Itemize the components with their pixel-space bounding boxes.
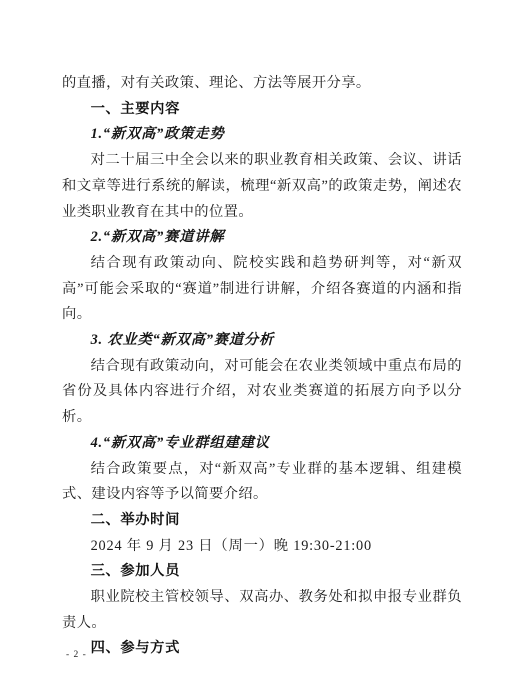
section-heading: 四、参与方式 bbox=[62, 636, 462, 662]
item-heading: 3. 农业类“新双高”赛道分析 bbox=[62, 328, 462, 354]
event-time-text: 2024 年 9 月 23 日（周一）晚 19:30-21:00 bbox=[62, 534, 462, 560]
section-heading: 三、参加人员 bbox=[62, 559, 462, 585]
item-heading: 4.“新双高”专业群组建建议 bbox=[62, 431, 462, 457]
document-page: 的直播，对有关政策、理论、方法等展开分享。一、主要内容1.“新双高”政策走势对二… bbox=[0, 0, 519, 686]
item-heading: 2.“新双高”赛道讲解 bbox=[62, 225, 462, 251]
body-paragraph: 的直播，对有关政策、理论、方法等展开分享。 bbox=[62, 71, 462, 97]
item-heading: 1.“新双高”政策走势 bbox=[62, 122, 462, 148]
section-heading: 二、举办时间 bbox=[62, 508, 462, 534]
body-paragraph: 结合现有政策动向，对可能会在农业类领域中重点布局的省份及具体内容进行介绍，对农业… bbox=[62, 354, 462, 431]
document-body: 的直播，对有关政策、理论、方法等展开分享。一、主要内容1.“新双高”政策走势对二… bbox=[62, 71, 462, 662]
body-paragraph: 对二十届三中全会以来的职业教育相关政策、会议、讲话和文章等进行系统的解读，梳理“… bbox=[62, 148, 462, 225]
section-heading: 一、主要内容 bbox=[62, 97, 462, 123]
body-paragraph: 职业院校主管校领导、双高办、教务处和拟申报专业群负责人。 bbox=[62, 585, 462, 636]
body-paragraph: 结合政策要点，对“新双高”专业群的基本逻辑、组建模式、建设内容等予以简要介绍。 bbox=[62, 457, 462, 508]
page-number: - 2 - bbox=[66, 649, 87, 661]
body-paragraph: 结合现有政策动向、院校实践和趋势研判等，对“新双高”可能会采取的“赛道”制进行讲… bbox=[62, 251, 462, 328]
